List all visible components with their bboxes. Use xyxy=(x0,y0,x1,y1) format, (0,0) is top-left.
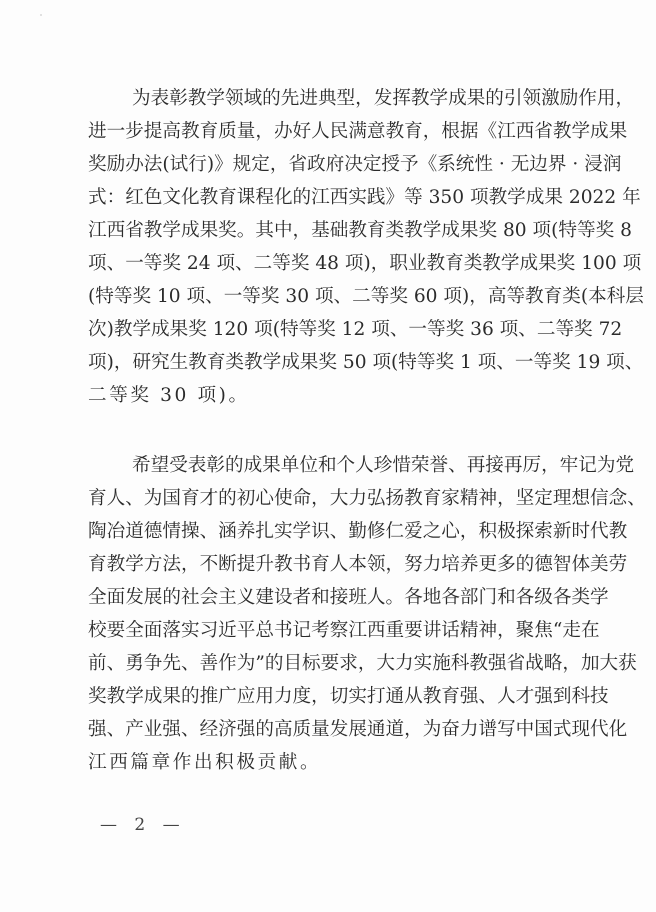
text-line: 进一步提高教育质量，办好人民满意教育，根据《江西省教学成果 xyxy=(88,120,592,144)
text-line: 江西篇章作出积极贡献。 xyxy=(88,751,592,775)
text-line: 校要全面落实习近平总书记考察江西重要讲话精神，聚焦“走在 xyxy=(88,619,592,643)
text-line: 育教学方法，不断提升教书育人本领，努力培养更多的德智体美劳 xyxy=(88,553,592,577)
text-line: 项)，研究生教育类教学成果奖 50 项(特等奖 1 项、一等奖 19 项、 xyxy=(88,351,592,375)
text-line: 江西省教学成果奖。其中，基础教育类教学成果奖 80 项(特等奖 8 xyxy=(88,219,592,243)
scan-speck xyxy=(40,14,42,16)
text-line: 奖教学成果的推广应用力度，切实打通从教育强、人才强到科技 xyxy=(88,685,592,709)
text-line: 陶冶道德情操、涵养扎实学识、勤修仁爱之心，积极探索新时代教 xyxy=(88,520,592,544)
text-line: 式：红色文化教育课程化的江西实践》等 350 项教学成果 2022 年 xyxy=(88,186,592,210)
text-line: 次)教学成果奖 120 项(特等奖 12 项、一等奖 36 项、二等奖 72 xyxy=(88,318,592,342)
text-line: 为表彰教学领域的先进典型，发挥教学成果的引领激励作用， xyxy=(132,87,592,111)
text-line: 希望受表彰的成果单位和个人珍惜荣誉、再接再厉，牢记为党 xyxy=(132,454,592,478)
document-page: 为表彰教学领域的先进典型，发挥教学成果的引领激励作用， 进一步提高教育质量，办好… xyxy=(0,0,656,912)
text-line: 强、产业强、经济强的高质量发展通道，为奋力谱写中国式现代化 xyxy=(88,718,592,742)
text-line: 奖励办法(试行)》规定，省政府决定授予《系统性 · 无边界 · 浸润 xyxy=(88,153,592,177)
text-line: (特等奖 10 项、一等奖 30 项、二等奖 60 项)，高等教育类(本科层 xyxy=(88,285,592,309)
text-line: 全面发展的社会主义建设者和接班人。各地各部门和各级各类学 xyxy=(88,586,592,610)
text-line: 前、勇争先、善作为”的目标要求，大力实施科教强省战略，加大获 xyxy=(88,652,592,676)
page-number: — 2 — xyxy=(100,814,186,836)
text-line: 二等奖 30 项)。 xyxy=(88,384,592,408)
text-line: 项、一等奖 24 项、二等奖 48 项)，职业教育类教学成果奖 100 项 xyxy=(88,252,592,276)
text-line: 育人、为国育才的初心使命，大力弘扬教育家精神，坚定理想信念、 xyxy=(88,487,592,511)
